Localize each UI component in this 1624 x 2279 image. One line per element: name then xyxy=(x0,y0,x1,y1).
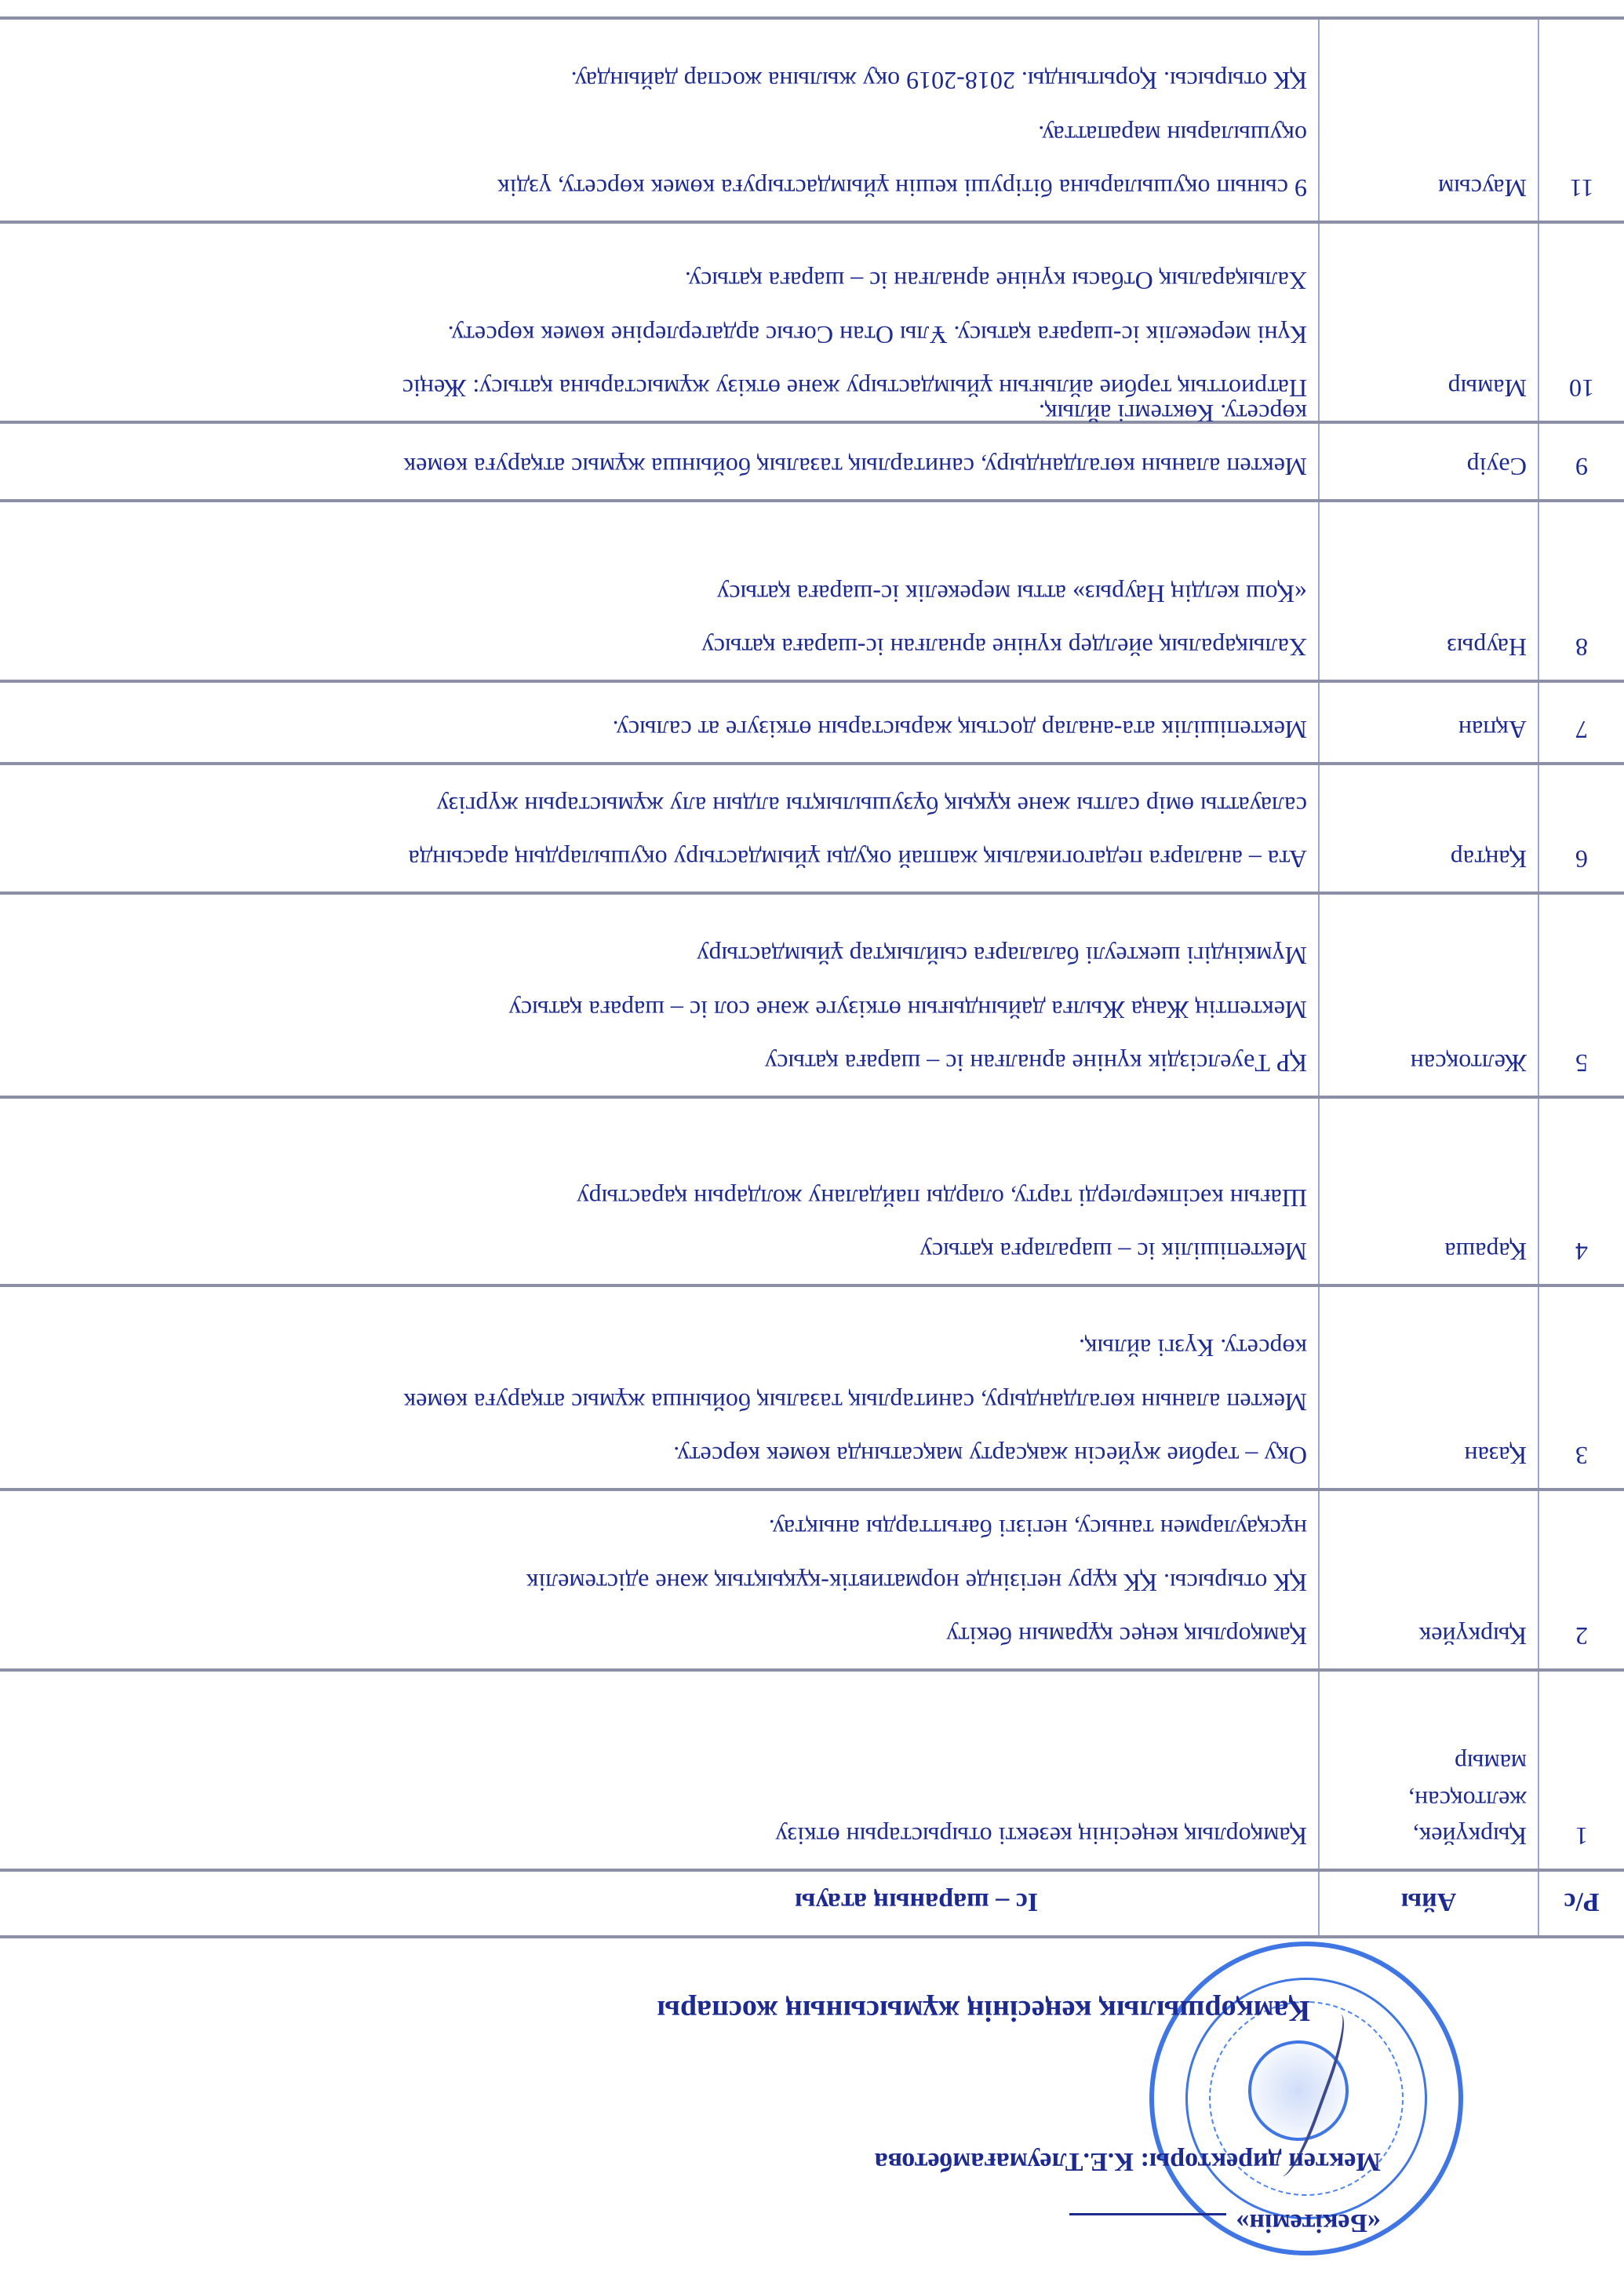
row-events: Халықаралық әйелдер күніне арналған іс-ш… xyxy=(0,502,1318,680)
row-number: 5 xyxy=(1538,895,1624,1096)
table-row: 8НаурызХалықаралық әйелдер күніне арналғ… xyxy=(0,499,1624,680)
table-row: 11Маусым9 сынып оқушыларына бітіруші кеш… xyxy=(0,16,1624,221)
table-row: 4ҚарашаМектепішілік іс – шараларға қатыс… xyxy=(0,1096,1624,1284)
event-item: Ата – аналарға педагогикалық жаппай оқуд… xyxy=(0,841,1307,877)
row-events: 9 сынып оқушыларына бітіруші кешін ұйымд… xyxy=(0,20,1318,221)
row-month: Желтоқсан xyxy=(1318,895,1538,1096)
row-month: Қазан xyxy=(1318,1287,1538,1488)
table-row: 7АқпанМектепішілік ата-аналар достық жар… xyxy=(0,680,1624,762)
row-number: 9 xyxy=(1538,424,1624,499)
row-number: 1 xyxy=(1538,1672,1624,1869)
row-events: Оқу – тәрбие жүйесін жақсарту мақсатында… xyxy=(0,1287,1318,1488)
table-body: 1Қыркүйек, желтоқсан, мамырҚамқорлық кең… xyxy=(0,16,1624,1869)
row-events: Мектеп аланын көгалдандыру, санитарлық т… xyxy=(0,424,1318,499)
event-item: оқушыларын марапаттау. xyxy=(0,116,1307,152)
event-item: Қамқорлық кеңесінің кезекті отырыстарын … xyxy=(0,1818,1307,1854)
row-number: 11 xyxy=(1538,20,1624,221)
row-number: 7 xyxy=(1538,683,1624,762)
row-month: Наурыз xyxy=(1318,502,1538,680)
row-number: 2 xyxy=(1538,1491,1624,1668)
row-number: 8 xyxy=(1538,502,1624,680)
row-number: 6 xyxy=(1538,765,1624,892)
table-row: 9СәуірМектеп аланын көгалдандыру, санита… xyxy=(0,421,1624,499)
event-item: ҚР Тәуелсіздік күніне арналған іс – шара… xyxy=(0,1045,1307,1081)
table-row: 3ҚазанОқу – тәрбие жүйесін жақсарту мақс… xyxy=(0,1284,1624,1488)
row-month: Сәуір xyxy=(1318,424,1538,499)
document-title: Қамқоршылық кеңесінің жұмысының жоспары xyxy=(0,1993,1310,2028)
row-events: Ата – аналарға педагогикалық жаппай оқуд… xyxy=(0,765,1318,892)
director-name: Мектеп директоры: К.Е.Тлеумағамбетова xyxy=(675,2144,1381,2179)
event-item: Мүмкіндігі шектеулі балаларға сыйлықтар … xyxy=(0,938,1307,974)
event-item: 9 сынып оқушыларына бітіруші кешін ұйымд… xyxy=(0,170,1307,206)
event-item: Қамқорлық кеңес құрамын бекіту xyxy=(0,1618,1307,1654)
row-events: Патриоттық тәрбие айлығын ұйымдастыру жә… xyxy=(0,224,1318,421)
table-row: 5ЖелтоқсанҚР Тәуелсіздік күніне арналған… xyxy=(0,892,1624,1096)
event-item: «Қош келдің Наурыз» атты мерекелік іс-ша… xyxy=(0,575,1307,611)
event-item: Күні мерекелік іс-шараға қатысу. Ұлы Ота… xyxy=(0,316,1307,352)
row-number: 10 xyxy=(1538,224,1624,421)
event-item: Патриоттық тәрбие айлығын ұйымдастыру жә… xyxy=(0,370,1307,407)
header-events: Іс – шараның атауы xyxy=(0,1872,1318,1935)
event-item: Мектепішілік іс – шараларға қатысу xyxy=(0,1234,1307,1270)
event-item: ҚК отырысы. Қорытынды. 2018-2019 оқу жыл… xyxy=(0,63,1307,99)
plan-table: Р/с Айы Іс – шараның атауы 1Қыркүйек, же… xyxy=(0,16,1624,1938)
event-item: Мектеп аланын көгалдандыру, санитарлық т… xyxy=(0,1384,1307,1420)
table-row: 2ҚыркүйекҚамқорлық кеңес құрамын бекітуҚ… xyxy=(0,1488,1624,1668)
event-item: Шағын кәсіпкерлерді тарту, оларды пайдал… xyxy=(0,1180,1307,1216)
document-page: «Бекітемін» Мектеп директоры: К.Е.Тлеума… xyxy=(0,0,1624,2279)
table-row: 1Қыркүйек, желтоқсан, мамырҚамқорлық кең… xyxy=(0,1668,1624,1869)
event-item: Халықаралық Отбасы күніне арналған іс – … xyxy=(0,263,1307,299)
approval-label: «Бекітемін» xyxy=(1236,2205,1381,2240)
row-number: 3 xyxy=(1538,1287,1624,1488)
row-month: Қыркүйек, желтоқсан, мамыр xyxy=(1318,1672,1538,1869)
row-month: Маусым xyxy=(1318,20,1538,221)
signature-line xyxy=(1069,2213,1226,2215)
row-events: ҚР Тәуелсіздік күніне арналған іс – шара… xyxy=(0,895,1318,1096)
table-header-row: Р/с Айы Іс – шараның атауы xyxy=(0,1869,1624,1935)
row-month: Ақпан xyxy=(1318,683,1538,762)
event-item: Оқу – тәрбие жүйесін жақсарту мақсатында… xyxy=(0,1438,1307,1474)
row-month: Мамыр xyxy=(1318,224,1538,421)
approval-block: «Бекітемін» Мектеп директоры: К.Е.Тлеума… xyxy=(675,2144,1381,2240)
row-month: Қыркүйек xyxy=(1318,1491,1538,1668)
event-item: нұсқаулармен танысу, негізгі бағыттарды … xyxy=(0,1511,1307,1547)
header-month: Айы xyxy=(1318,1872,1538,1935)
event-item: Мектептің Жаңа Жылға дайындығын өткізуге… xyxy=(0,991,1307,1027)
row-month: Қаңтар xyxy=(1318,765,1538,892)
event-item: салауатты өмір салты және құқық бұзушылы… xyxy=(0,787,1307,823)
row-number: 4 xyxy=(1538,1099,1624,1284)
event-item: Мектеп аланын көгалдандыру, санитарлық т… xyxy=(0,449,1307,485)
row-events: Мектепішілік іс – шараларға қатысуШағын … xyxy=(0,1099,1318,1284)
header-num: Р/с xyxy=(1538,1872,1624,1935)
table-row: 6ҚаңтарАта – аналарға педагогикалық жапп… xyxy=(0,762,1624,892)
event-item: Мектепішілік ата-аналар достық жарыстары… xyxy=(0,712,1307,748)
row-events: Мектепішілік ата-аналар достық жарыстары… xyxy=(0,683,1318,762)
event-item: көрсету. Күзгі айлық. xyxy=(0,1330,1307,1366)
table-row: 10МамырПатриоттық тәрбие айлығын ұйымдас… xyxy=(0,221,1624,421)
row-events: Қамқорлық кеңес құрамын бекітуҚК отырысы… xyxy=(0,1491,1318,1668)
row-events: Қамқорлық кеңесінің кезекті отырыстарын … xyxy=(0,1672,1318,1869)
row-month: Қараша xyxy=(1318,1099,1538,1284)
event-item: Халықаралық әйелдер күніне арналған іс-ш… xyxy=(0,629,1307,665)
event-item: ҚК отырысы. ҚК құру негізінде нормативті… xyxy=(0,1564,1307,1600)
